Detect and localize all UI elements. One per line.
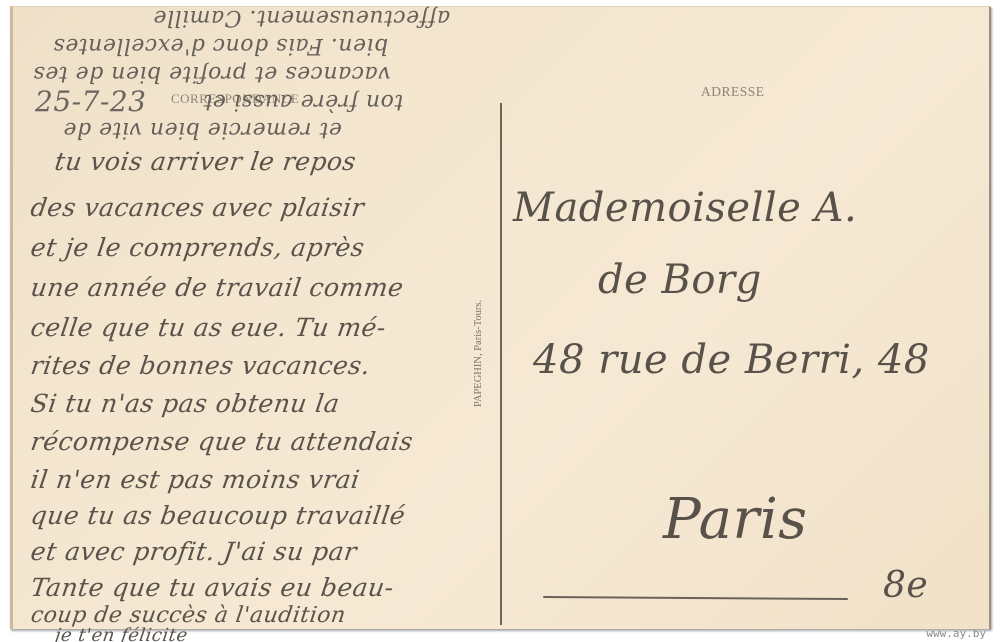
message-line: Si tu n'as pas obtenu la bbox=[29, 389, 342, 418]
handwritten-date: 25-7-23 bbox=[35, 85, 147, 118]
upside-down-line: affectueusement. Camille bbox=[153, 5, 450, 30]
postcard-back: CORRESPONDANCE ADRESSE PAPEGHIN, Paris-T… bbox=[10, 6, 991, 629]
city: Paris bbox=[663, 487, 807, 552]
message-line: une année de travail comme bbox=[29, 273, 406, 302]
recipient-surname: de Borg bbox=[598, 257, 762, 303]
upside-down-line: vacances et profite bien de tes bbox=[33, 61, 391, 86]
arrondissement: 8e bbox=[883, 565, 928, 606]
message-line: il n'en est pas moins vrai bbox=[29, 465, 362, 494]
message-line: des vacances avec plaisir bbox=[29, 193, 366, 222]
watermark: www.ay.by bbox=[926, 627, 986, 640]
printer-imprint: PAPEGHIN, Paris-Tours. bbox=[473, 300, 484, 407]
message-line: et avec profit. J'ai su par bbox=[29, 537, 359, 566]
upside-down-line: ton frère aussi et bbox=[203, 89, 403, 114]
message-line: celle que tu as eue. Tu mé- bbox=[29, 313, 388, 342]
street-address: 48 rue de Berri, 48 bbox=[533, 337, 930, 383]
message-line: rites de bonnes vacances. bbox=[29, 351, 372, 380]
recipient-name: Mademoiselle A. bbox=[513, 185, 857, 231]
city-underline bbox=[543, 596, 848, 600]
message-line: récompense que tu attendais bbox=[29, 427, 415, 456]
message-line: tu vois arriver le repos bbox=[53, 147, 358, 176]
message-line: je t'en félicite bbox=[54, 625, 190, 642]
upside-down-line: bien. Fais donc d'excellentes bbox=[53, 33, 388, 58]
upside-down-line: et remercie bien vite de bbox=[63, 117, 342, 142]
message-line: et je le comprends, après bbox=[29, 233, 366, 262]
message-line: Tante que tu avais eu beau- bbox=[29, 573, 396, 602]
message-line: que tu as beaucoup travaillé bbox=[29, 501, 407, 530]
center-divider-line bbox=[500, 103, 502, 625]
address-label: ADRESSE bbox=[701, 84, 765, 100]
